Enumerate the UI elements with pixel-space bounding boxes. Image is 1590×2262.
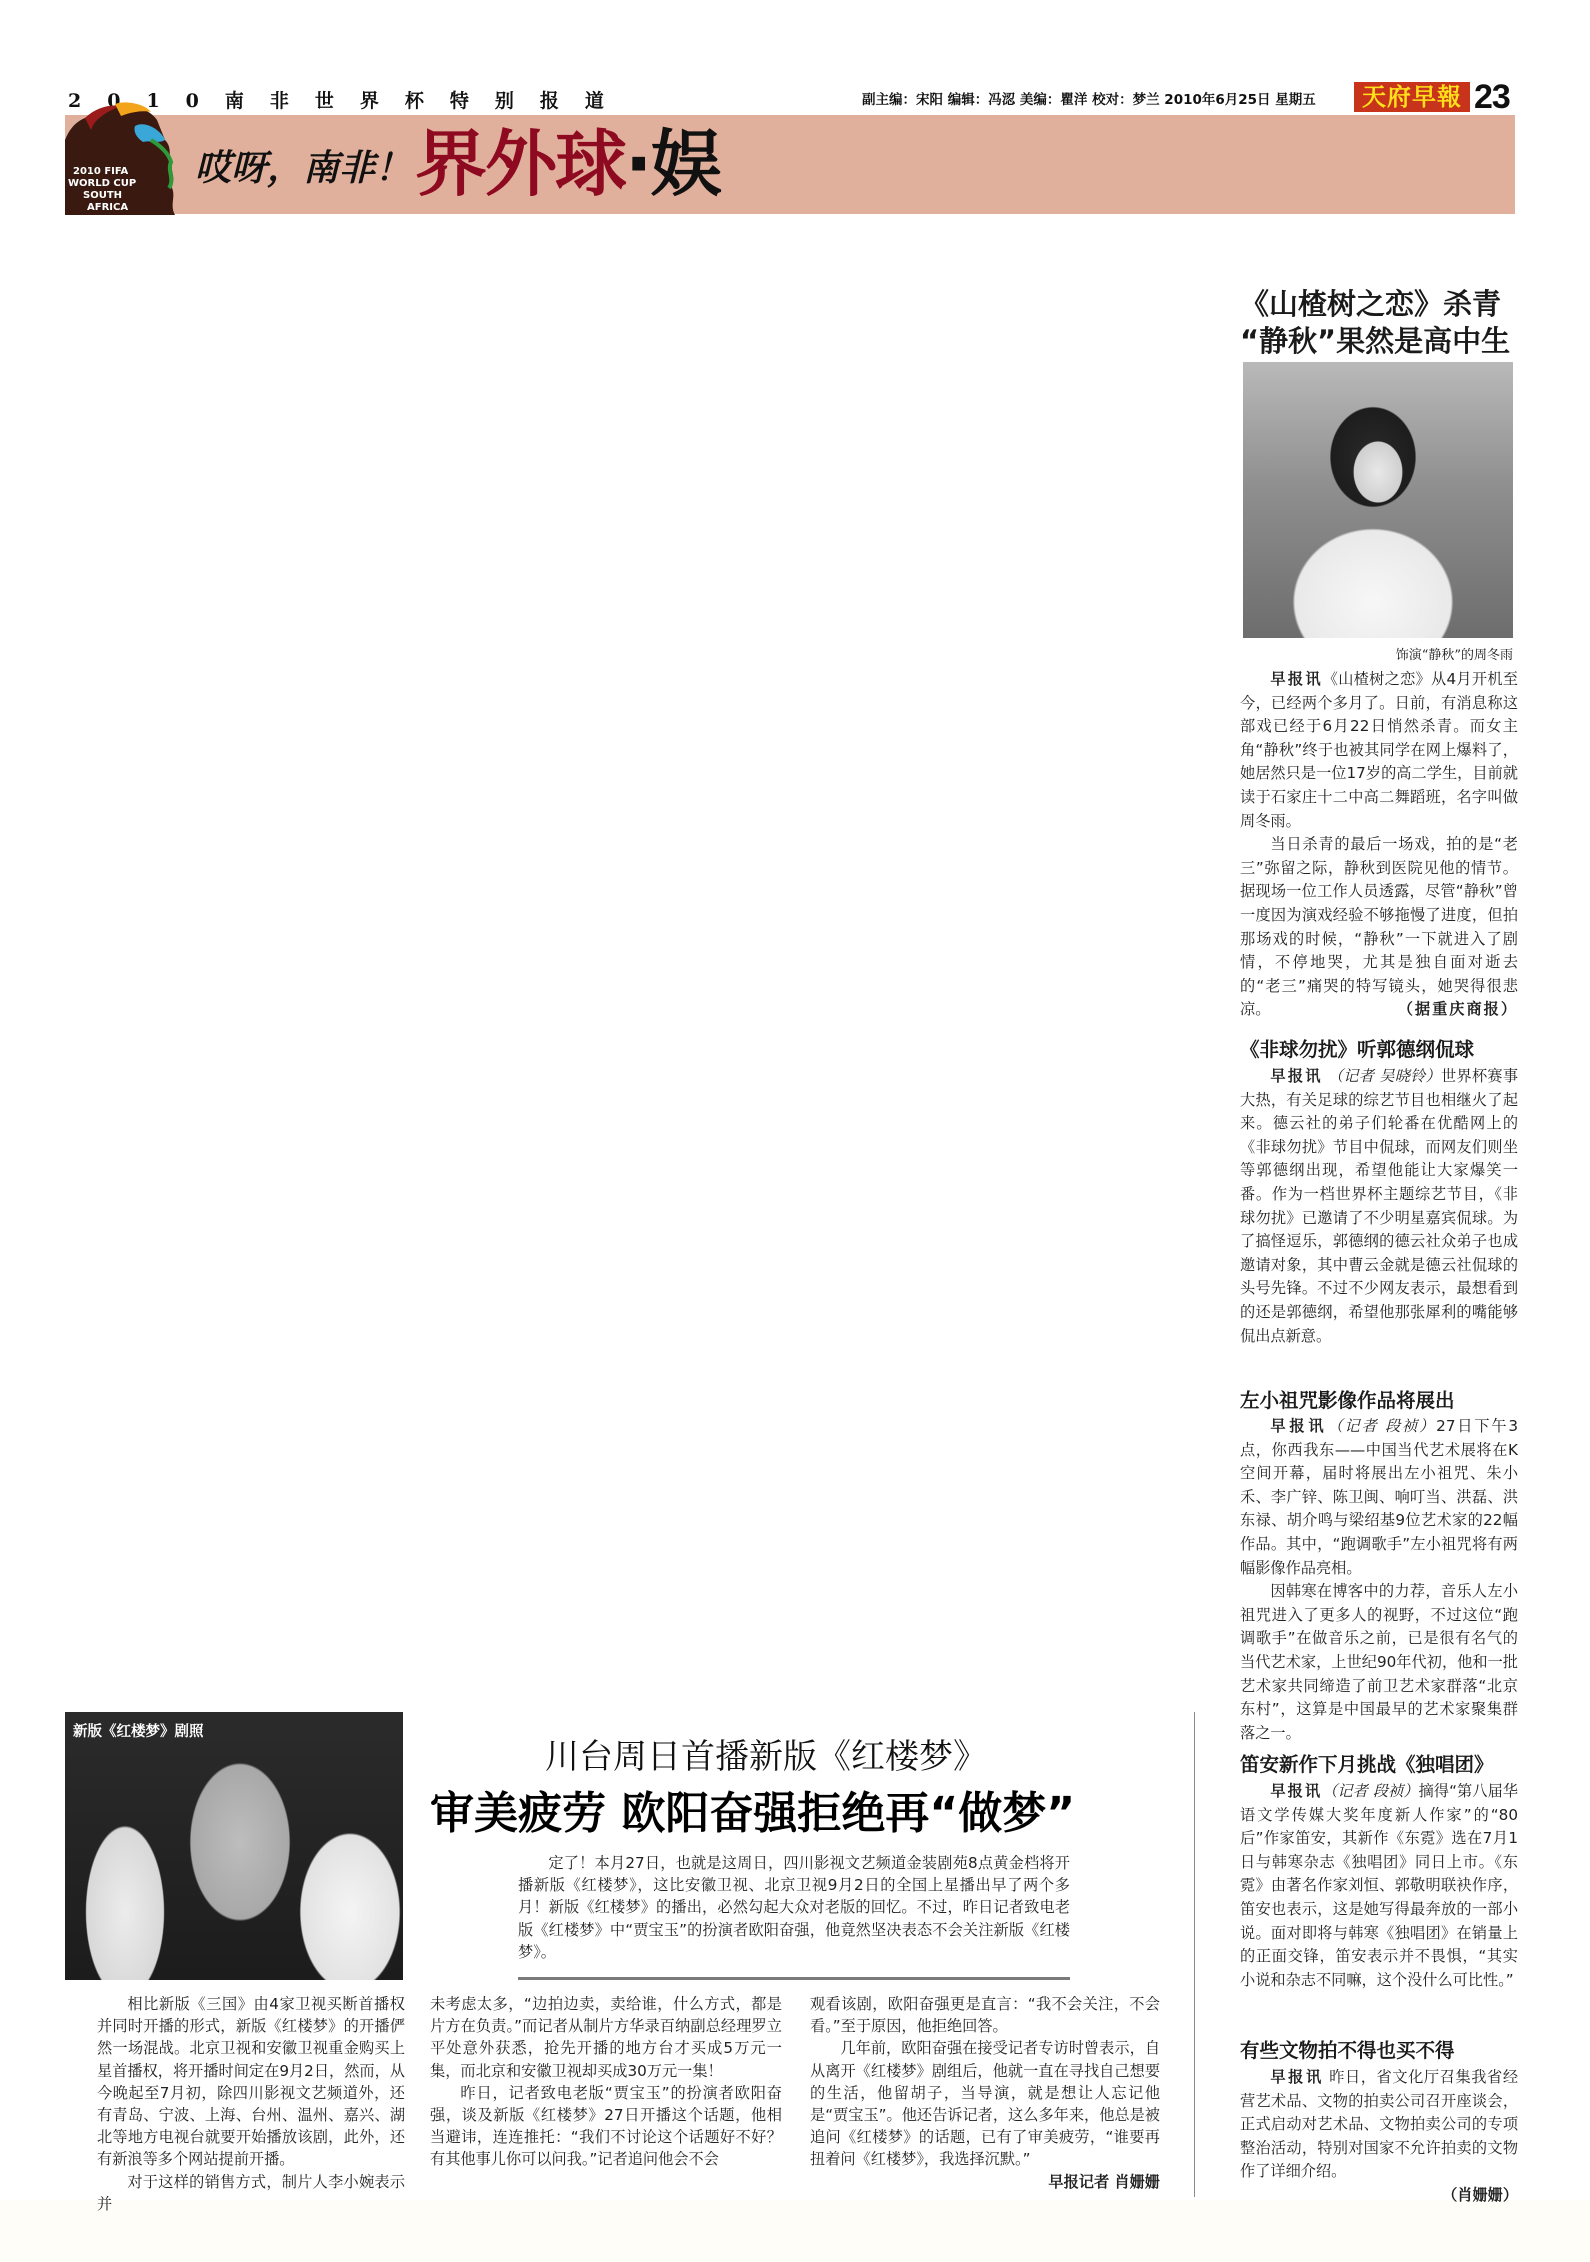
story1-paragraph: 当日杀青的最后一场戏，拍的是“老三”弥留之际，静秋到医院见他的情节。据现场一位工…: [1240, 833, 1518, 1022]
reporter: （记者 段祯）: [1322, 1782, 1418, 1800]
story1-paragraph: 早报讯《山楂树之恋》从4月开机至今，已经两个多月了。日前，有消息称这部戏已经于6…: [1240, 668, 1518, 833]
story1-body: 早报讯《山楂树之恋》从4月开机至今，已经两个多月了。日前，有消息称这部戏已经于6…: [1240, 668, 1518, 1022]
story2-paragraph-text: 世界杯赛事大热，有关足球的综艺节目也相继火了起来。德云社的弟子们轮番在优酷网上的…: [1240, 1067, 1518, 1345]
story5-source: （肖姗姗）: [1240, 2184, 1518, 2208]
story1-paragraph-text: 《山楂树之恋》从4月开机至今，已经两个多月了。日前，有消息称这部戏已经于6月22…: [1240, 670, 1518, 830]
main-story-column-1: 相比新版《三国》由4家卫视买断首播权并同时开播的形式，新版《红楼梦》的开播俨然一…: [97, 1993, 405, 2215]
editorial-credits: 副主编：宋阳 编辑：冯涊 美编：瞿洋 校对：梦兰 2010年6月25日 星期五: [862, 88, 1316, 108]
story3-body: 早报讯（记者 段祯）27日下午3点，你西我东——中国当代艺术展将在K空间开幕，届…: [1240, 1415, 1518, 1745]
wc-logo-line4: AFRICA: [87, 202, 128, 213]
story5-paragraph: 早报讯 昨日，省文化厅召集我省经营艺术品、文物的拍卖公司召开座谈会，正式启动对艺…: [1240, 2066, 1518, 2184]
story3-paragraph-text: 因韩寒在博客中的力荐，音乐人左小祖咒进入了更多人的视野，不过这位“跑调歌手”在做…: [1240, 1582, 1518, 1742]
story4-paragraph-text: 摘得“第八届华语文学传媒大奖年度新人作家”的“80后”作家笛安，其新作《东霓》选…: [1240, 1782, 1518, 1989]
main-story-byline: 早报记者 肖姗姗: [810, 2171, 1160, 2193]
main-story-subheadline: 川台周日首播新版《红楼梦》: [545, 1735, 987, 1779]
story1-paragraph-text: 当日杀青的最后一场戏，拍的是“老三”弥留之际，静秋到医院见他的情节。据现场一位工…: [1240, 835, 1518, 1018]
section-title-sub: 娱: [650, 122, 720, 206]
column-paragraph: 昨日，记者致电老版“贾宝玉”的扮演者欧阳奋强，谈及新版《红楼梦》27日开播这个话…: [430, 2082, 782, 2171]
column-paragraph: 几年前，欧阳奋强在接受记者专访时曾表示，自从离开《红楼梦》剧组后，他就一直在寻找…: [810, 2037, 1160, 2170]
wc-logo-line1: 2010 FIFA: [73, 166, 129, 177]
story4-body: 早报讯（记者 段祯）摘得“第八届华语文学传媒大奖年度新人作家”的“80后”作家笛…: [1240, 1780, 1518, 1992]
story1-photo: [1243, 362, 1513, 638]
world-cup-logo-icon: 2010 FIFA WORLD CUP SOUTH AFRICA: [65, 100, 183, 215]
lead-tag: 早报讯: [1270, 2068, 1323, 2086]
story2-headline: 《非球勿扰》听郭德纲侃球: [1240, 1037, 1518, 1063]
section-title-main: 界外球: [415, 122, 625, 206]
main-story-photo: [65, 1712, 403, 1980]
section-title-dot: ·: [625, 122, 650, 206]
column-paragraph: 相比新版《三国》由4家卫视买断首播权并同时开播的形式，新版《红楼梦》的开播俨然一…: [97, 1993, 405, 2171]
story1-headline: 《山楂树之恋》杀青 “静秋”果然是高中生: [1240, 286, 1518, 360]
story2-paragraph: 早报讯 （记者 吴晓铃）世界杯赛事大热，有关足球的综艺节目也相继火了起来。德云社…: [1240, 1065, 1518, 1348]
story1-headline-line1: 《山楂树之恋》杀青: [1240, 286, 1518, 323]
column-paragraph: 观看该剧，欧阳奋强更是直言：“我不会关注，不会看。”至于原因，他拒绝回答。: [810, 1993, 1160, 2037]
paper-logo: 天府早報: [1354, 82, 1470, 112]
story3-paragraph: 早报讯（记者 段祯）27日下午3点，你西我东——中国当代艺术展将在K空间开幕，届…: [1240, 1415, 1518, 1580]
page-number: 23: [1474, 78, 1510, 117]
reporter: （记者 吴晓铃）: [1328, 1067, 1441, 1085]
main-story-photo-label: 新版《红楼梦》剧照: [73, 1720, 204, 1741]
story4-headline: 笛安新作下月挑战《独唱团》: [1240, 1752, 1518, 1778]
wc-logo-line2: WORLD CUP: [68, 178, 136, 189]
main-story-column-2: 未考虑太多，“边拍边卖，卖给谁，什么方式，都是片方在负责。”而记者从制片方华录百…: [430, 1993, 782, 2171]
lead-divider: [518, 1977, 1070, 1980]
main-story-lead: 定了！本月27日，也就是这周日，四川影视文艺频道金装剧苑8点黄金档将开播新版《红…: [518, 1852, 1070, 1963]
story3-paragraph-text: 27日下午3点，你西我东——中国当代艺术展将在K空间开幕，届时将展出左小祖咒、朱…: [1240, 1417, 1518, 1577]
story3-headline: 左小祖咒影像作品将展出: [1240, 1388, 1518, 1414]
story3-paragraph: 因韩寒在博客中的力荐，音乐人左小祖咒进入了更多人的视野，不过这位“跑调歌手”在做…: [1240, 1580, 1518, 1745]
column-paragraph: 未考虑太多，“边拍边卖，卖给谁，什么方式，都是片方在负责。”而记者从制片方华录百…: [430, 1993, 782, 2082]
lead-tag: 早报讯: [1270, 1067, 1322, 1085]
story4-paragraph: 早报讯（记者 段祯）摘得“第八届华语文学传媒大奖年度新人作家”的“80后”作家笛…: [1240, 1780, 1518, 1992]
story1-headline-line2: “静秋”果然是高中生: [1240, 323, 1518, 360]
column-divider: [1194, 1712, 1195, 2197]
main-story-column-3: 观看该剧，欧阳奋强更是直言：“我不会关注，不会看。”至于原因，他拒绝回答。 几年…: [810, 1993, 1160, 2193]
story5-body: 早报讯 昨日，省文化厅召集我省经营艺术品、文物的拍卖公司召开座谈会，正式启动对艺…: [1240, 2066, 1518, 2208]
lead-tag: 早报讯: [1270, 670, 1322, 688]
reporter: （记者 段祯）: [1327, 1417, 1436, 1435]
story1-source: （据重庆商报）: [1367, 998, 1518, 1022]
lead-tag: 早报讯: [1270, 1417, 1327, 1435]
story2-body: 早报讯 （记者 吴晓铃）世界杯赛事大热，有关足球的综艺节目也相继火了起来。德云社…: [1240, 1065, 1518, 1348]
lead-paragraph: 定了！本月27日，也就是这周日，四川影视文艺频道金装剧苑8点黄金档将开播新版《红…: [518, 1852, 1070, 1963]
column-paragraph: 对于这样的销售方式，制片人李小婉表示并: [97, 2171, 405, 2215]
lead-tag: 早报讯: [1270, 1782, 1322, 1800]
story5-headline: 有些文物拍不得也买不得: [1240, 2038, 1518, 2064]
story1-photo-caption: 饰演“静秋”的周冬雨: [1243, 644, 1513, 663]
slogan: 哎呀，南非！: [195, 140, 411, 191]
wc-logo-line3: SOUTH: [83, 190, 122, 201]
main-story-headline: 审美疲劳 欧阳奋强拒绝再“做梦”: [430, 1787, 1075, 1841]
section-title: 界外球·娱: [415, 118, 720, 210]
